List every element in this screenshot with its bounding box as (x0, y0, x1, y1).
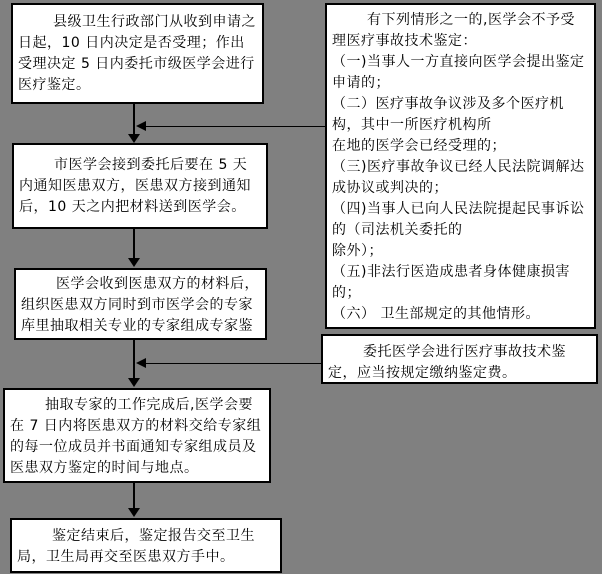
rejection-intro: 有下列情形之一的,医学会不予受理医疗事故技术鉴定： (332, 10, 589, 52)
fee-note-text: 委托医学会进行医疗事故技术鉴定，应当按规定缴纳鉴定费。 (328, 342, 591, 384)
arrow-left-fee-icon (136, 358, 146, 368)
arrow-down-step4-icon (128, 378, 140, 387)
rejection-item-3: （三)医疗事故争议已经人民法院调解达成协议或判决的； (332, 157, 589, 199)
rejection-item-6: （六） 卫生部规定的其他情形。 (332, 304, 589, 325)
rejection-item-5: （五)非法行医造成患者身体健康损害的； (332, 262, 589, 304)
connector-fee-to-flow-line (146, 363, 321, 364)
arrow-left-rejection-icon (136, 121, 146, 131)
appraisal-fee-note-box: 委托医学会进行医疗事故技术鉴定，应当按规定缴纳鉴定费。 (321, 334, 598, 384)
arrow-down-step2-icon (128, 134, 140, 143)
step-4-text: 抽取专家的工作完成后,医学会要在 7 日内将医患双方的材料交给专家组的每一位成员… (10, 395, 264, 479)
arrow-down-step3-icon (128, 258, 140, 267)
flowchart-step-4-deliver-materials: 抽取专家的工作完成后,医学会要在 7 日内将医患双方的材料交给专家组的每一位成员… (3, 388, 271, 483)
connector-rejection-to-flow-line (146, 126, 325, 127)
flowchart-step-2-notify-parties: 市医学会接到委托后要在 5 天内通知医患双方，医患双方接到通知后，10 天之内把… (12, 143, 268, 229)
rejection-item-4: （四)当事人已向人民法院提起民事诉讼的（司法机关委托的 除外）； (332, 199, 589, 262)
step-5-text: 鉴定结束后，鉴定报告交至卫生局，卫生局再交至医患双方手中。 (17, 526, 275, 568)
flowchart-step-5-report-delivery: 鉴定结束后，鉴定报告交至卫生局，卫生局再交至医患双方手中。 (10, 518, 282, 573)
step-2-text: 市医学会接到委托后要在 5 天内通知医患双方，医患双方接到通知后，10 天之内把… (19, 155, 261, 218)
flowchart-step-3-expert-panel: 医学会收到医患双方的材料后，组织医患双方同时到市医学会的专家库里抽取相关专业的专… (14, 268, 267, 340)
connector-step3-step4-line (133, 339, 135, 379)
arrow-down-step5-icon (128, 508, 140, 517)
rejection-conditions-box: 有下列情形之一的,医学会不予受理医疗事故技术鉴定： （一)当事人一方直接向医学会… (325, 3, 596, 329)
connector-step2-step3-line (133, 229, 135, 259)
flowchart-step-1-county-accept: 县级卫生行政部门从收到申请之日起，10 日内决定是否受理；作出受理决定 5 日内… (11, 3, 264, 104)
rejection-item-2: （二）医疗事故争议涉及多个医疗机构，其中一所医疗机构所 在地的医学会已经受理的； (332, 94, 589, 157)
connector-step4-step5-line (133, 482, 135, 510)
rejection-item-1: （一)当事人一方直接向医学会提出鉴定申请的； (332, 52, 589, 94)
flowchart-canvas: 县级卫生行政部门从收到申请之日起，10 日内决定是否受理；作出受理决定 5 日内… (0, 0, 602, 574)
step-3-text: 医学会收到医患双方的材料后，组织医患双方同时到市医学会的专家库里抽取相关专业的专… (21, 274, 260, 340)
step-1-text: 县级卫生行政部门从收到申请之日起，10 日内决定是否受理；作出受理决定 5 日内… (18, 12, 257, 96)
connector-step1-step2-line (133, 103, 135, 135)
